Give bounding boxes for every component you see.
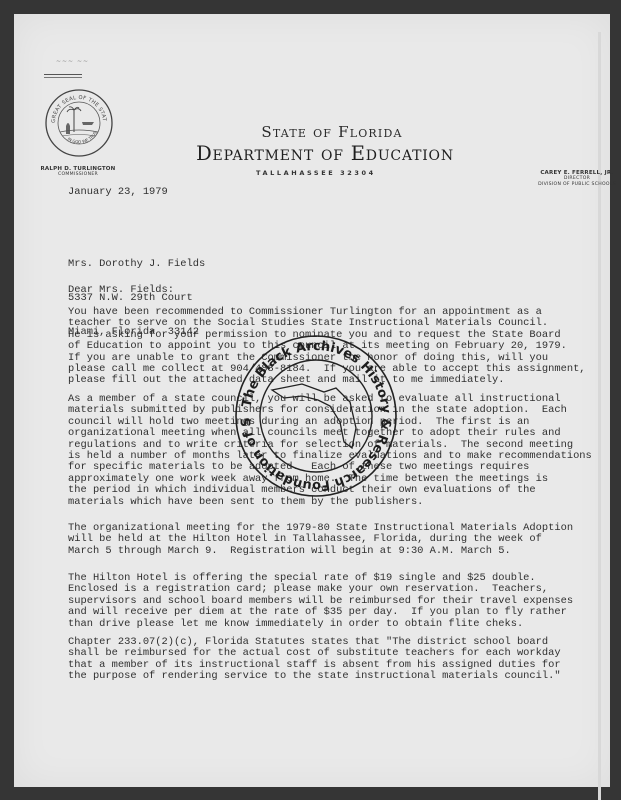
- paragraph-meeting-details: The organizational meeting for the 1979-…: [68, 523, 538, 557]
- paragraph-appointment: You have been recommended to Commissione…: [68, 307, 538, 387]
- letterhead-city-zip: TALLAHASSEE 32304: [256, 169, 376, 177]
- paragraph-council-duties: As a member of a state council, you will…: [68, 394, 538, 508]
- salutation: Dear Mrs. Fields:: [68, 285, 538, 296]
- letterhead-department: Department of Education: [14, 142, 610, 165]
- commissioner-block: RALPH D. TURLINGTON COMMISSIONER: [38, 166, 118, 178]
- pencil-underline: [44, 74, 82, 78]
- paragraph-line: organizational meeting when all councils…: [68, 428, 538, 439]
- paragraph-statute: Chapter 233.07(2)(c), Florida Statutes s…: [68, 637, 538, 683]
- svg-text:GREAT SEAL OF THE STATE OF FLO: GREAT SEAL OF THE STATE OF FLORIDA: [44, 88, 107, 123]
- recipient-name: Mrs. Dorothy J. Fields: [68, 259, 538, 270]
- paragraph-line: of Education to appoint you to this coun…: [68, 341, 538, 352]
- director-block: CAREY E. FERRELL, JR. DIRECTOR DIVISION …: [522, 170, 621, 187]
- pencil-note: ~~~ ~~: [56, 58, 89, 65]
- paragraph-line: March 5 through March 9. Registration wi…: [68, 546, 538, 557]
- paragraph-line: materials which have been sent to them b…: [68, 497, 538, 508]
- letterhead-state: State of Florida: [14, 123, 610, 141]
- paragraph-line: and will receive per diem at the rate of…: [68, 607, 538, 618]
- paragraph-line: please fill out the attached data sheet …: [68, 375, 538, 386]
- letter-date: January 23, 1979: [68, 187, 538, 198]
- paragraph-line: than drive please let me know immediatel…: [68, 619, 538, 630]
- paragraph-hotel-reimbursement: The Hilton Hotel is offering the special…: [68, 573, 538, 630]
- paragraph-line: the period in which individual members c…: [68, 485, 538, 496]
- paragraph-line: the purpose of rendering service to the …: [68, 671, 538, 682]
- commissioner-title: COMMISSIONER: [38, 172, 118, 177]
